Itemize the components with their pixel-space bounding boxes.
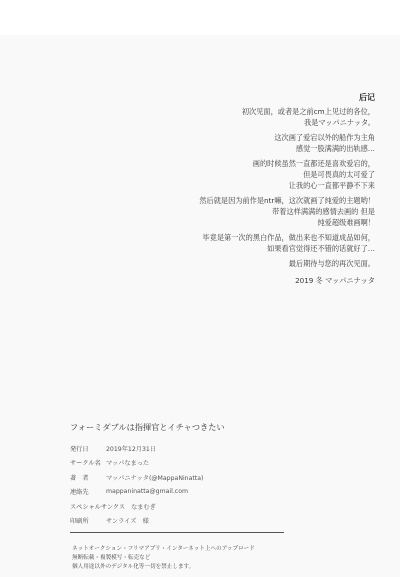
afterword-section: 后记 初次见面，或者是之前cm上见过的各位， 我是マッパニナッタ。 这次画了爱宕… [175,92,375,286]
notice-line: 個人用途以外のデジタル化等一切を禁止します。 [72,563,292,572]
colophon-value: マッパなまった [106,458,149,467]
colophon-key: 著 者 [70,473,106,482]
afterword-paragraph: 然后就是因为前作是ntr嘛，这次就画了纯爱的主题哟！ 带着这样满满的感情去画的 … [175,195,375,228]
notice-line: ネットオークション・フリマアプリ・インターネット上へのアップロード [72,545,292,554]
afterword-line: 但是可畏真的太可爱了 [175,169,375,180]
colophon-row-thanks: スペシャルサンクス なまむぎ [70,499,285,514]
colophon-key: 印刷所 [70,516,106,525]
colophon-row-printer: 印刷所 サンライズ 様 [70,514,285,529]
colophon-divider [70,532,284,533]
colophon-key: スペシャルサンクス [70,502,125,511]
colophon-value: マッパニナッタ(@MappaNinatta) [106,473,203,482]
notice-line: 無断転載・複製模写・転売など [72,554,292,563]
afterword-title: 后记 [175,92,375,103]
colophon-key: 発行日 [70,444,106,453]
colophon-value: なまむぎ [131,502,156,511]
colophon-section: フォーミダブルは指揮官とイチャつきたい 発行日 2019年12月31日 サークル… [70,422,285,533]
afterword-paragraph: 画的时候虽然一直都还是喜欢爱宕的， 但是可畏真的太可爱了 让我的心一直都平静不下… [175,158,375,191]
colophon-row-contact: 連絡先 mappaninatta@gmail.com [70,485,285,500]
colophon-value: サンライズ 様 [106,516,149,525]
book-title: フォーミダブルは指揮官とイチャつきたい [70,422,285,433]
colophon-key: 連絡先 [70,487,106,496]
afterword-paragraph: 毕竟是第一次的黑白作品，做出来也不知道成品如何， 如果看官觉得还不错的话就好了… [175,232,375,254]
colophon-value: 2019年12月31日 [106,444,156,453]
afterword-paragraph: 最后期待与您的再次见面。 [175,258,375,269]
afterword-line: 画的时候虽然一直都还是喜欢爱宕的， [175,158,375,169]
afterword-line: 我是マッパニナッタ。 [175,117,375,128]
afterword-paragraph: 初次见面，或者是之前cm上见过的各位， 我是マッパニナッタ。 [175,106,375,128]
colophon-row-date: 発行日 2019年12月31日 [70,441,285,456]
colophon-value: mappaninatta@gmail.com [106,488,188,495]
copyright-notice: ネットオークション・フリマアプリ・インターネット上へのアップロード 無断転載・複… [72,545,292,572]
afterword-line: 然后就是因为前作是ntr嘛，这次就画了纯爱的主题哟！ [175,195,375,206]
afterword-line: 初次见面，或者是之前cm上见过的各位， [175,106,375,117]
colophon-key: サークル名 [70,458,106,467]
afterword-line: 带着这样满满的感情去画的 但是 [175,206,375,217]
afterword-line: 毕竟是第一次的黑白作品，做出来也不知道成品如何， [175,232,375,243]
afterword-line: 如果看官觉得还不错的话就好了… [175,243,375,254]
afterword-line: 感觉一股满满的出轨感… [175,143,375,154]
afterword-line: 最后期待与您的再次见面。 [175,258,375,269]
afterword-line: 这次画了爱宕以外的船作为主角 [175,132,375,143]
colophon-row-circle: サークル名 マッパなまった [70,456,285,471]
afterword-line: 让我的心一直都平静不下来 [175,180,375,191]
book-page: 后记 初次见面，或者是之前cm上见过的各位， 我是マッパニナッタ。 这次画了爱宕… [0,35,400,577]
afterword-line: 纯爱超级难画啊！ [175,217,375,228]
afterword-signature: 2019 冬 マッパニナッタ [175,275,375,286]
colophon-row-author: 著 者 マッパニナッタ(@MappaNinatta) [70,470,285,485]
afterword-paragraph: 这次画了爱宕以外的船作为主角 感觉一股满满的出轨感… [175,132,375,154]
